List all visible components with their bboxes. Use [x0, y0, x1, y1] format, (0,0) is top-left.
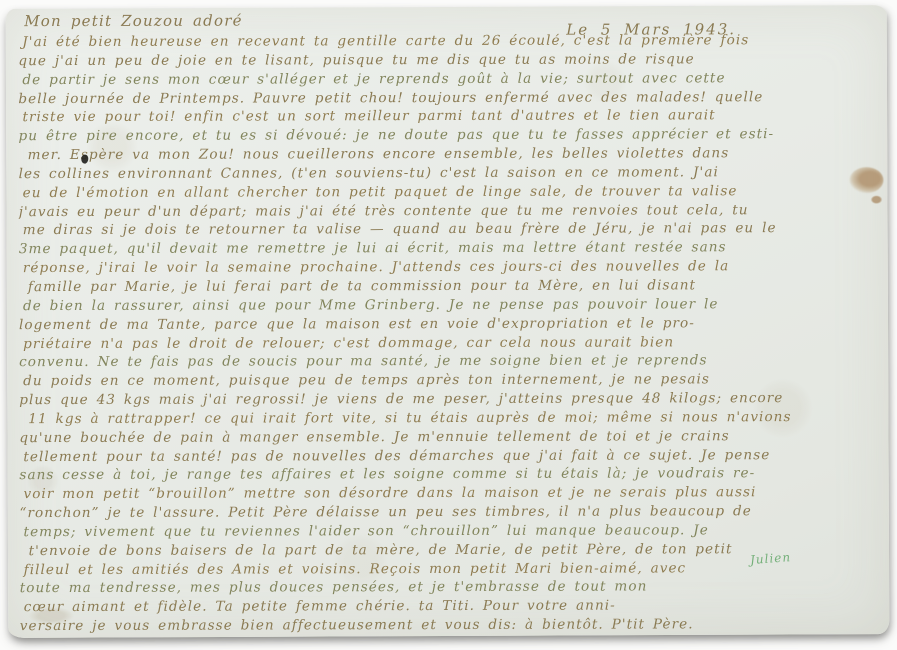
letter-line: de partir je sens mon cœur s'alléger et … — [18, 69, 882, 90]
letter-line: 11 kgs à rattrapper! ce qui irait fort v… — [19, 408, 883, 429]
letter-line: cœur aimant et fidèle. Ta petite femme c… — [20, 596, 884, 617]
letter-line: pu être pire encore, et tu es si dévoué:… — [18, 125, 882, 146]
letter-line: de bien la rassurer, ainsi que pour Mme … — [19, 295, 883, 316]
letter-line: me diras si je dois te retourner ta vali… — [19, 219, 883, 240]
letter-body: J'ai été bien heureuse en recevant ta ge… — [18, 31, 884, 635]
salutation: Mon petit Zouzou adoré — [18, 9, 882, 31]
stain-right-edge — [849, 167, 883, 193]
letter-line: réponse, j'irai le voir la semaine proch… — [19, 257, 883, 278]
letter-line: voir mon petit “brouillon” mettre son dé… — [19, 483, 883, 504]
letter-line: logement de ma Tante, parce que la maiso… — [19, 314, 883, 335]
letter-text: Mon petit Zouzou adoré Le 5 Mars 1943. J… — [18, 9, 884, 635]
letter-line: 3me paquet, qu'il devait me remettre je … — [19, 238, 883, 259]
letter-line: j'avais eu peur d'un départ; mais j'ai é… — [19, 200, 883, 221]
letter-line: belle journée de Printemps. Pauvre petit… — [18, 87, 882, 108]
letter-line: mer. Espère va mon Zou! nous cueillerons… — [19, 144, 883, 165]
letter-line: convenu. Ne te fais pas de soucis pour m… — [19, 351, 883, 372]
letter-line: famille par Marie, je lui ferai part de … — [19, 276, 883, 297]
stain-bottom-left — [28, 607, 74, 625]
letter-line: versaire je vous embrasse bien affectueu… — [20, 615, 884, 635]
stain-speck — [870, 195, 882, 204]
letter-line: priétaire n'a pas le droit de relouer; c… — [19, 332, 883, 353]
letter-line: du poids en ce moment, puisque peu de te… — [19, 370, 883, 391]
letter-line: que j'ai un peu de joie en te lisant, pu… — [18, 50, 882, 71]
letter-line: qu'une bouchée de pain à manger ensemble… — [19, 427, 883, 448]
letter-line: triste vie pour toi! enfin c'est un sort… — [18, 106, 882, 127]
letter-line: tellement pour ta santé! pas de nouvelle… — [19, 445, 883, 466]
letter-line: toute ma tendresse, mes plus douces pens… — [20, 577, 884, 598]
letter-paper: Mon petit Zouzou adoré Le 5 Mars 1943. J… — [6, 5, 890, 638]
letter-line: plus que 43 kgs mais j'ai regrossi! je v… — [19, 389, 883, 410]
scanned-letter-photo: { "letter": { "salutation": "Mon petit Z… — [0, 0, 897, 650]
letter-line: temps; vivement que tu reviennes l'aider… — [20, 521, 884, 542]
letter-date: Le 5 Mars 1943. — [566, 20, 736, 38]
letter-line: eu de l'émotion en allant chercher ton p… — [19, 182, 883, 203]
letter-line: J'ai été bien heureuse en recevant ta ge… — [18, 31, 882, 52]
letter-line: les collines environnant Cannes, (t'en s… — [19, 163, 883, 184]
letter-line: “ronchon” je te l'assure. Petit Père dél… — [19, 502, 883, 523]
letter-line: sans cesse à toi, je range tes affaires … — [19, 464, 883, 485]
